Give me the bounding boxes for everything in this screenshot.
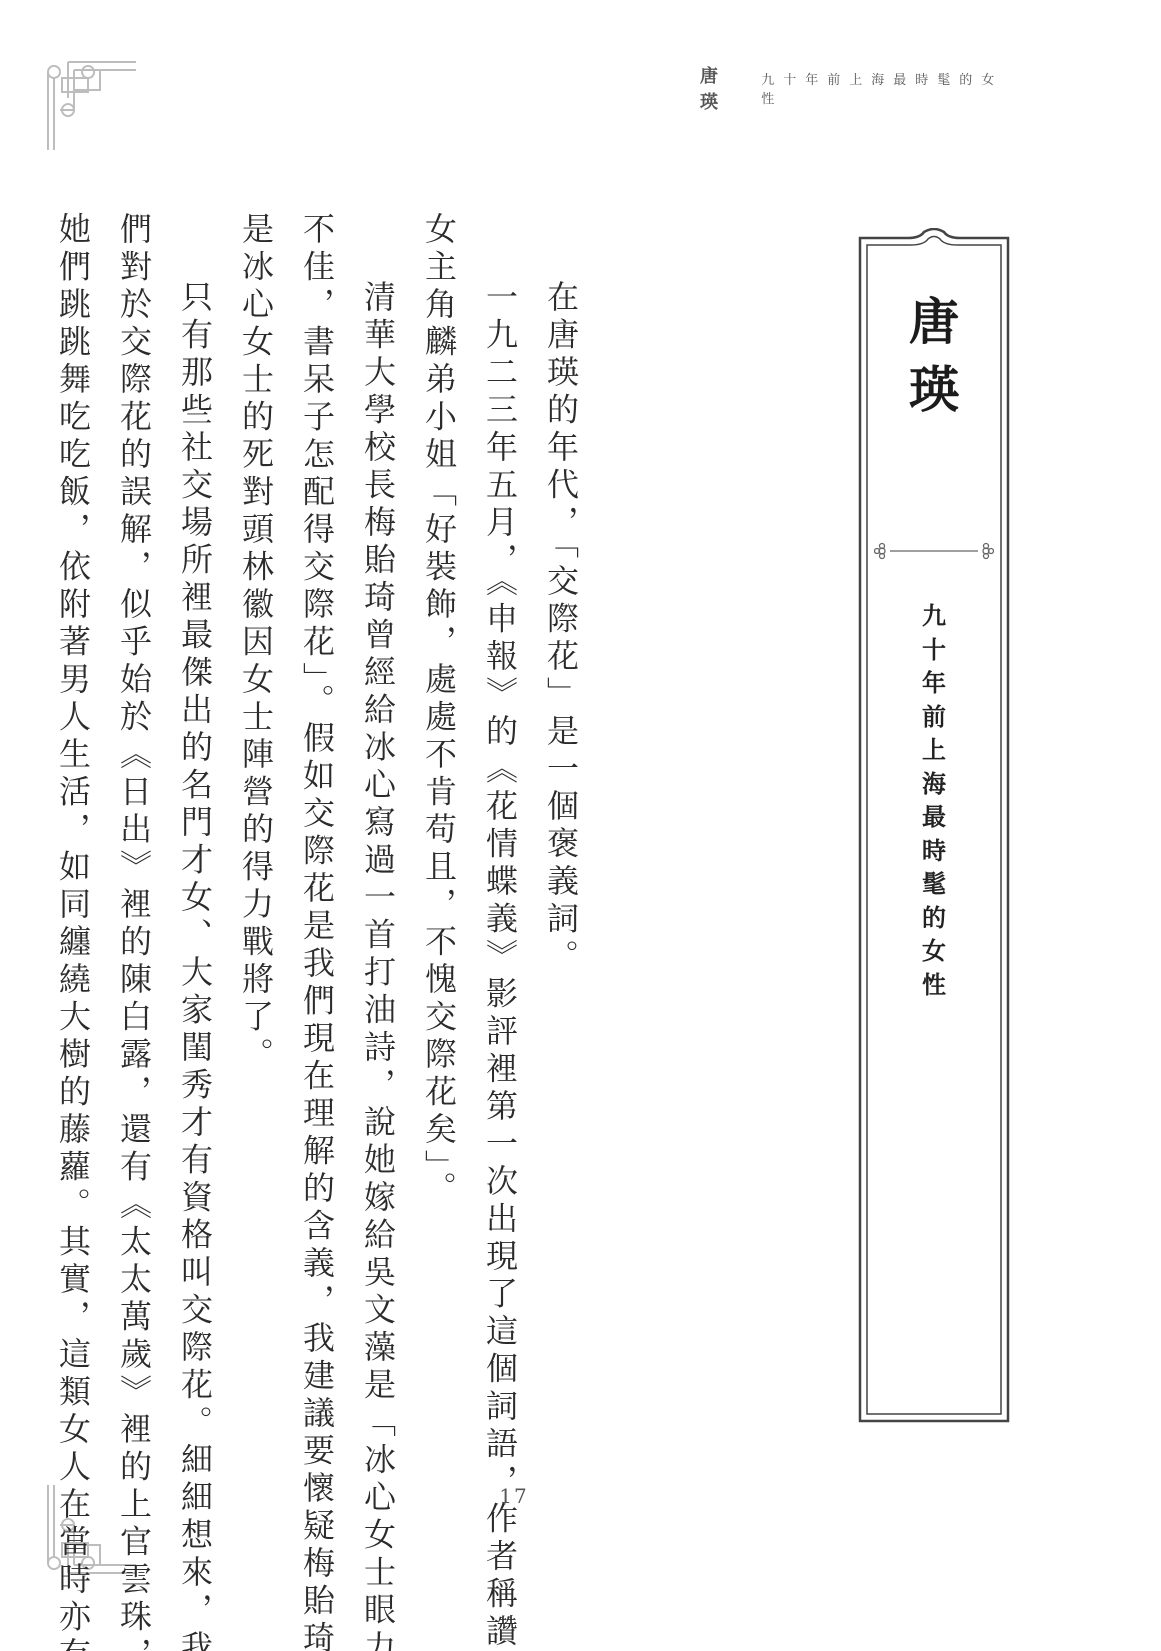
divider-ornament-icon <box>874 541 994 561</box>
chapter-title-char: 唐 <box>858 288 1010 356</box>
text-column: 女主角麟弟小姐「好裝飾，處處不肯苟且，不愧交際花矣」。 <box>408 212 469 1445</box>
chapter-subtitle-char: 的 <box>858 902 1010 936</box>
chapter-subtitle: 九 十 年 前 上 海 最 時 髦 的 女 性 <box>858 600 1010 1002</box>
chapter-subtitle-char: 髦 <box>858 868 1010 902</box>
page-number: 17 <box>494 1484 534 1508</box>
chapter-subtitle-char: 十 <box>858 634 1010 668</box>
chapter-subtitle-char: 女 <box>858 935 1010 969</box>
chapter-subtitle-char: 最 <box>858 801 1010 835</box>
text-column: 清華大學校長梅貽琦曾經給冰心寫過一首打油詩，說她嫁給吳文藻是「冰心女士眼力 <box>347 280 408 1445</box>
chapter-subtitle-char: 時 <box>858 835 1010 869</box>
chapter-subtitle-char: 年 <box>858 667 1010 701</box>
chapter-subtitle-char: 前 <box>858 701 1010 735</box>
running-header-subtitle: 九十年前上海最時髦的女性 <box>761 69 1020 107</box>
chapter-title-panel: 唐 瑛 九 十 年 前 上 海 最 時 髦 的 女 性 <box>858 228 1010 1423</box>
body-text: 在唐瑛的年代，「交際花」是一個褒義詞。 一九二三年五月，《申報》的《花情蝶義》影… <box>42 280 591 1445</box>
text-column: 只有那些社交場所裡最傑出的名門才女、大家閨秀才有資格叫交際花。細細想來，我 <box>164 280 225 1445</box>
chapter-subtitle-char: 九 <box>858 600 1010 634</box>
chapter-title: 唐 瑛 <box>858 288 1010 424</box>
text-column: 一九二三年五月，《申報》的《花情蝶義》影評裡第一次出現了這個詞語，作者稱讚 <box>469 280 530 1445</box>
running-header: 唐瑛 九十年前上海最時髦的女性 <box>700 76 1020 100</box>
chapter-subtitle-char: 海 <box>858 768 1010 802</box>
text-column: 不佳，書呆子怎配得交際花」。假如交際花是我們現在理解的含義，我建議要懷疑梅貽琦 <box>286 212 347 1445</box>
running-header-name: 唐瑛 <box>700 62 739 114</box>
corner-ornament-top-left-icon <box>40 50 150 160</box>
text-column: 是冰心女士的死對頭林徽因女士陣營的得力戰將了。 <box>225 212 286 1445</box>
text-column: 們對於交際花的誤解，似乎始於《日出》裡的陳白露，還有《太太萬歲》裡的上官雲珠， <box>103 212 164 1445</box>
text-column: 她們跳跳舞吃吃飯，依附著男人生活，如同纏繞大樹的藤蘿。其實，這類女人在當時亦有 <box>42 212 103 1445</box>
chapter-subtitle-char: 上 <box>858 734 1010 768</box>
text-column: 在唐瑛的年代，「交際花」是一個褒義詞。 <box>530 280 591 1445</box>
chapter-title-char: 瑛 <box>858 356 1010 424</box>
chapter-subtitle-char: 性 <box>858 969 1010 1003</box>
